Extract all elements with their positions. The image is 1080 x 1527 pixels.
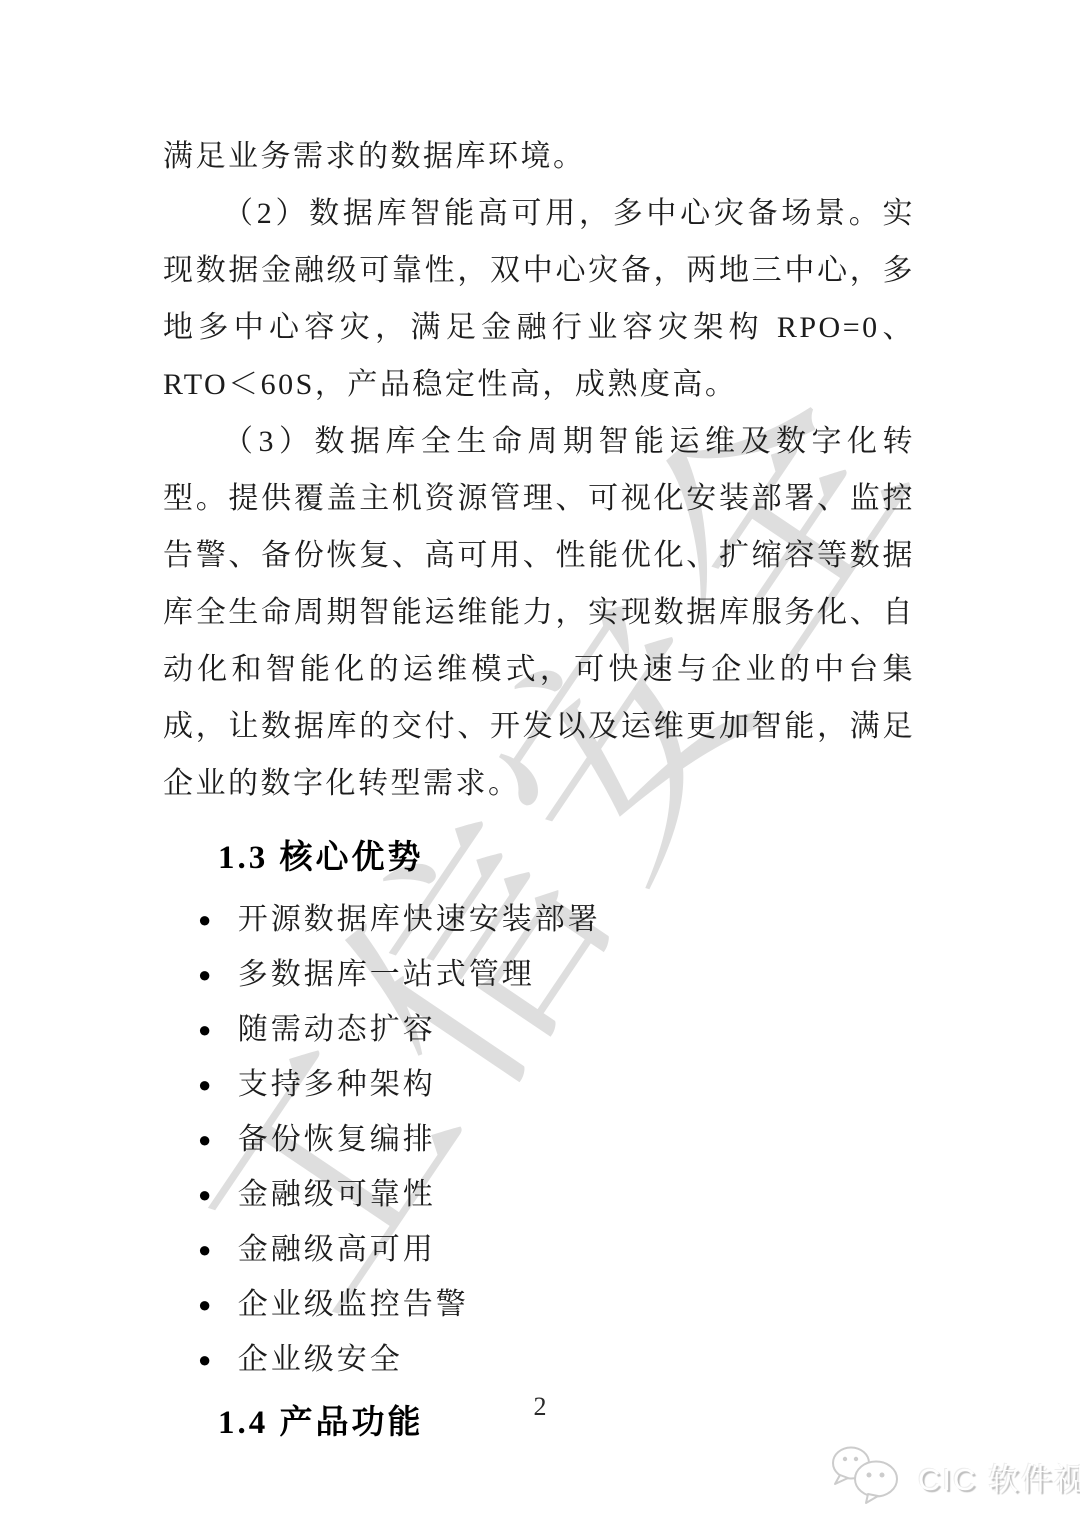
page-number: 2	[0, 1392, 1080, 1422]
section-heading-1-3: 1.3 核心优势	[163, 836, 915, 880]
document-page: 工信安全 满足业务需求的数据库环境。 （2）数据库智能高可用，多中心灾备场景。实…	[0, 0, 1080, 1527]
bullet-label: 企业级监控告警	[238, 1277, 469, 1332]
bullet-label: 多数据库一站式管理	[238, 947, 535, 1002]
bullet-label: 支持多种架构	[238, 1057, 436, 1112]
bullet-label: 企业级安全	[238, 1332, 403, 1387]
bullet-label: 金融级高可用	[238, 1222, 436, 1277]
advantages-list: ●开源数据库快速安装部署 ●多数据库一站式管理 ●随需动态扩容 ●支持多种架构 …	[163, 892, 915, 1387]
bullet-icon: ●	[198, 1057, 214, 1112]
list-item: ●支持多种架构	[198, 1057, 915, 1112]
paragraph: 满足业务需求的数据库环境。	[163, 128, 915, 185]
paragraph: （2）数据库智能高可用，多中心灾备场景。实现数据金融级可靠性，双中心灾备，两地三…	[163, 185, 915, 413]
document-body: 满足业务需求的数据库环境。 （2）数据库智能高可用，多中心灾备场景。实现数据金融…	[163, 128, 915, 1445]
bullet-label: 备份恢复编排	[238, 1112, 436, 1167]
bullet-icon: ●	[198, 892, 214, 947]
bullet-label: 随需动态扩容	[238, 1002, 436, 1057]
list-item: ●随需动态扩容	[198, 1002, 915, 1057]
bullet-label: 开源数据库快速安装部署	[238, 892, 601, 947]
list-item: ●企业级监控告警	[198, 1277, 915, 1332]
list-item: ●金融级可靠性	[198, 1167, 915, 1222]
brand-logo: CIC 软件视界	[826, 1444, 1080, 1508]
list-item: ●备份恢复编排	[198, 1112, 915, 1167]
paragraph: （3）数据库全生命周期智能运维及数字化转型。提供覆盖主机资源管理、可视化安装部署…	[163, 413, 915, 812]
bullet-icon: ●	[198, 1332, 214, 1387]
bullet-icon: ●	[198, 947, 214, 1002]
bullet-icon: ●	[198, 1002, 214, 1057]
bullet-icon: ●	[198, 1112, 214, 1167]
brand-label: CIC 软件视界	[918, 1454, 1080, 1499]
list-item: ●金融级高可用	[198, 1222, 915, 1277]
bullet-icon: ●	[198, 1222, 214, 1277]
list-item: ●开源数据库快速安装部署	[198, 892, 915, 947]
bullet-label: 金融级可靠性	[238, 1167, 436, 1222]
bullet-icon: ●	[198, 1167, 214, 1222]
list-item: ●企业级安全	[198, 1332, 915, 1387]
bullet-icon: ●	[198, 1277, 214, 1332]
list-item: ●多数据库一站式管理	[198, 947, 915, 1002]
wechat-chat-bubbles-icon	[826, 1443, 906, 1510]
